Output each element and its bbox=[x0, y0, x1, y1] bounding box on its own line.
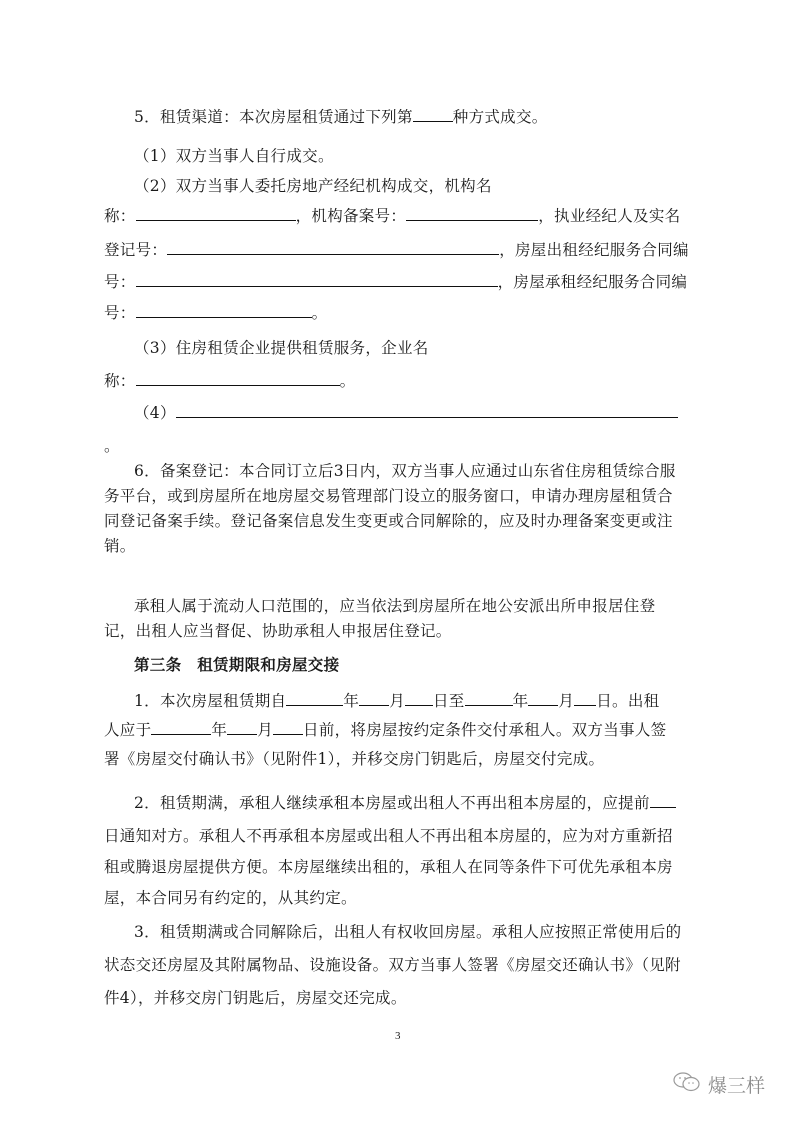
paragraph-line: 件4），并移交房门钥匙后，房屋交还完成。 bbox=[104, 988, 407, 1008]
paragraph-line: 状态交还房屋及其附属物品、设施设备。双方当事人签署《房屋交还确认书》（见附 bbox=[104, 955, 681, 975]
agent-registration-line: 登记号：，房屋出租经纪服务合同编 bbox=[104, 240, 689, 260]
handover-month-field[interactable] bbox=[227, 720, 257, 735]
option-4-field[interactable] bbox=[176, 403, 678, 418]
notice-days-field[interactable] bbox=[650, 793, 676, 808]
option-4: （4） bbox=[134, 403, 678, 423]
option-3: （3）住房租赁企业提供租赁服务，企业名 bbox=[134, 338, 429, 358]
article-3-heading: 第三条 租赁期限和房屋交接 bbox=[134, 655, 339, 675]
option-1: （1）双方当事人自行成交。 bbox=[134, 146, 334, 166]
paragraph-line: 署《房屋交付确认书》（见附件1），并移交房门钥匙后，房屋交付完成。 bbox=[104, 749, 604, 769]
start-day-field[interactable] bbox=[405, 691, 433, 706]
lease-in-contract-field[interactable] bbox=[136, 303, 312, 318]
paragraph-line: 屋，本合同另有约定的，从其约定。 bbox=[104, 888, 357, 908]
lease-term-line: 1．本次房屋租赁期自年月日至年月日。出租 bbox=[134, 691, 659, 711]
blank-field[interactable] bbox=[413, 107, 453, 122]
paragraph-line: 销。 bbox=[104, 536, 136, 556]
clause-2-line: 2．租赁期满，承租人继续承租本房屋或出租人不再出租本房屋的，应提前 bbox=[134, 793, 676, 813]
agency-name-line: 称：，机构备案号：，执业经纪人及实名 bbox=[104, 206, 680, 226]
start-year-field[interactable] bbox=[286, 691, 343, 706]
watermark-text: 爆三样 bbox=[708, 1071, 765, 1098]
lease-out-contract-field[interactable] bbox=[136, 272, 498, 287]
wechat-icon bbox=[672, 1071, 702, 1098]
handover-date-line: 人应于年月日前，将房屋按约定条件交付承租人。双方当事人签 bbox=[104, 720, 666, 740]
agency-name-field[interactable] bbox=[136, 206, 296, 221]
paragraph-line: 3．租赁期满或合同解除后，出租人有权收回房屋。承租人应按照正常使用后的 bbox=[134, 922, 681, 942]
watermark: 爆三样 bbox=[672, 1071, 765, 1098]
paragraph-line: 务平台，或到房屋所在地房屋交易管理部门设立的服务窗口，申请办理房屋租赁合 bbox=[104, 486, 673, 506]
handover-year-field[interactable] bbox=[151, 720, 211, 735]
enterprise-name-field[interactable] bbox=[136, 371, 340, 386]
agent-registration-field[interactable] bbox=[167, 240, 499, 255]
paragraph-line: 租或腾退房屋提供方便。本房屋继续出租的，承租人在同等条件下可优先承租本房 bbox=[104, 857, 673, 877]
lease-out-contract-line: 号：，房屋承租经纪服务合同编 bbox=[104, 272, 687, 292]
paragraph-line: 日通知对方。承租人不再承租本房屋或出租人不再出租本房屋的，应为对方重新招 bbox=[104, 826, 673, 846]
end-month-field[interactable] bbox=[528, 691, 558, 706]
paragraph-line: 同登记备案手续。登记备案信息发生变更或合同解除的，应及时办理备案变更或注 bbox=[104, 511, 673, 531]
clause-6-filing: 6．备案登记：本合同订立后3日内，双方当事人应通过山东省住房租赁综合服 bbox=[134, 461, 676, 481]
clause-5-channel: 5．租赁渠道：本次房屋租赁通过下列第种方式成交。 bbox=[134, 107, 548, 127]
end-day-field[interactable] bbox=[574, 691, 596, 706]
paragraph-line: 记，出租人应当督促、协助承租人申报居住登记。 bbox=[104, 621, 452, 641]
paragraph-line: 承租人属于流动人口范围的，应当依法到房屋所在地公安派出所申报居住登 bbox=[134, 596, 655, 616]
end-year-field[interactable] bbox=[465, 691, 513, 706]
period-mark: 。 bbox=[104, 436, 120, 456]
handover-day-field[interactable] bbox=[273, 720, 303, 735]
enterprise-name-line: 称：。 bbox=[104, 371, 355, 391]
agency-filing-number-field[interactable] bbox=[406, 206, 538, 221]
lease-in-contract-line: 号：。 bbox=[104, 303, 327, 323]
page-number: 3 bbox=[395, 1030, 401, 1042]
option-2: （2）双方当事人委托房地产经纪机构成交，机构名 bbox=[134, 176, 492, 196]
start-month-field[interactable] bbox=[359, 691, 389, 706]
